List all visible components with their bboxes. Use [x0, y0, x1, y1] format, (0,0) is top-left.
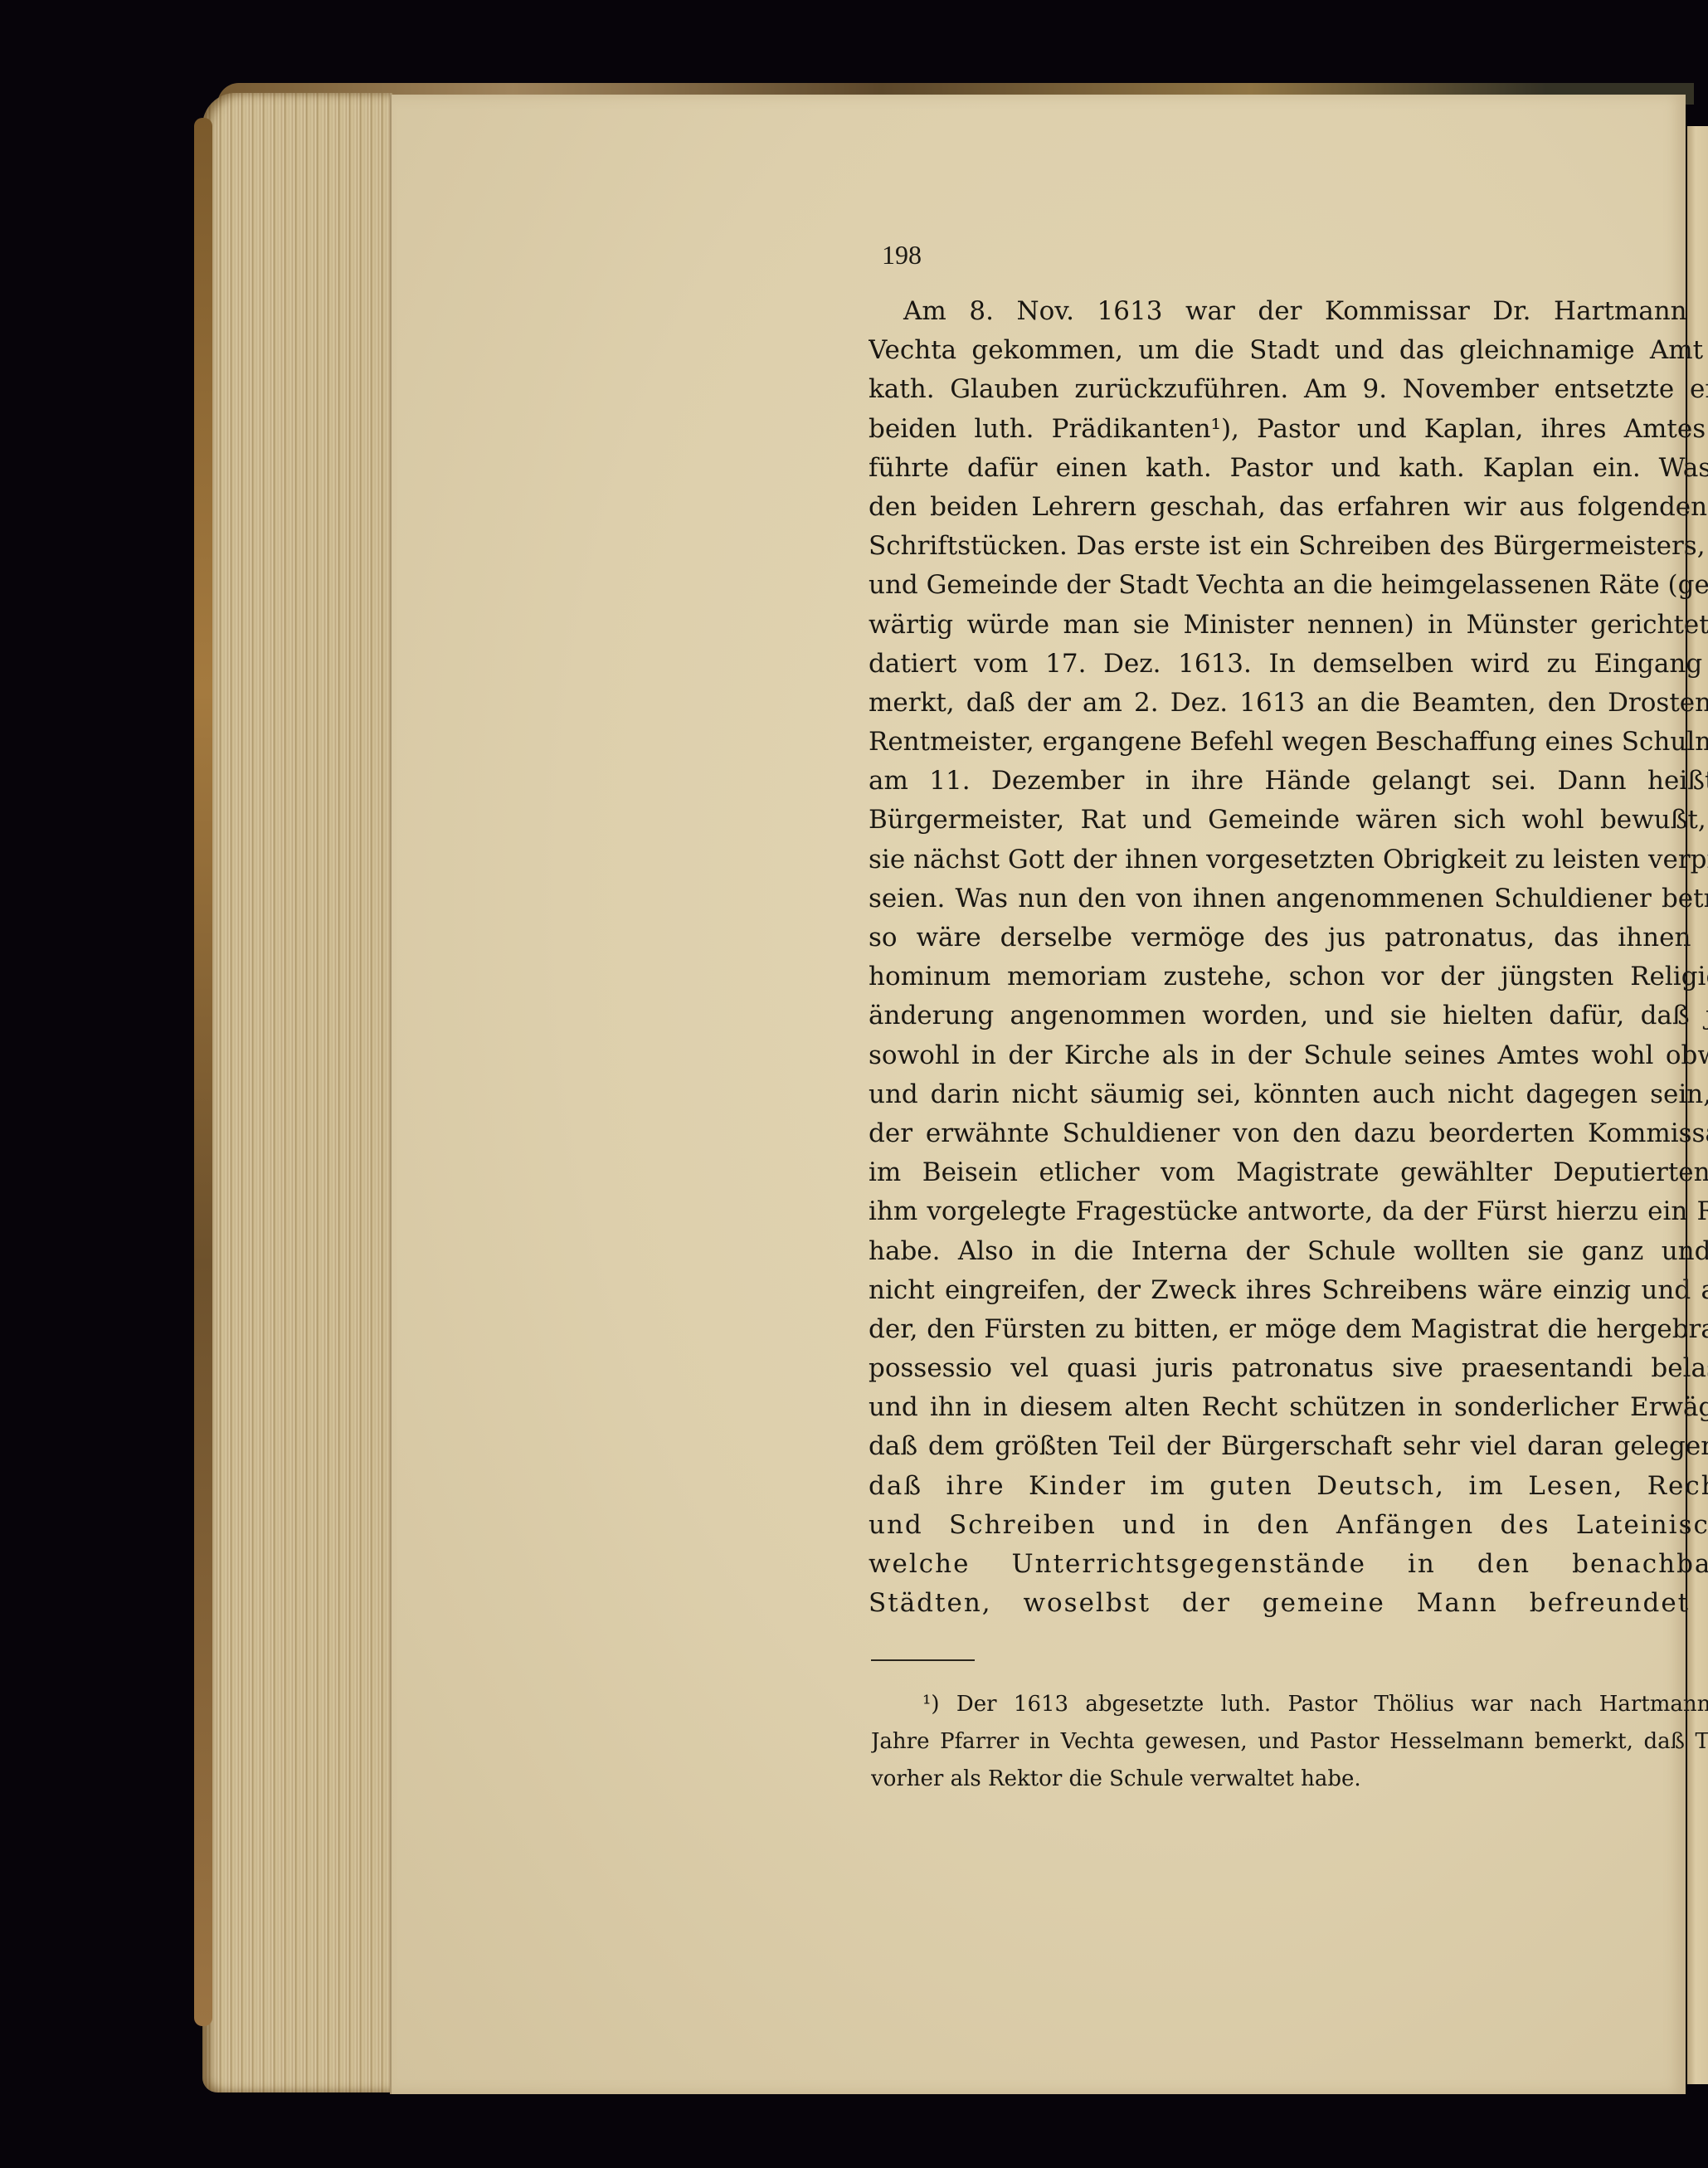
text-line: kath. Glauben zurückzuführen. Am 9. Nove…: [869, 370, 1708, 409]
text-line: Rentmeister, ergangene Befehl wegen Besc…: [869, 723, 1708, 762]
text-line: und Gemeinde der Stadt Vechta an die hei…: [869, 566, 1708, 605]
text-line: datiert vom 17. Dez. 1613. In demselben …: [869, 645, 1708, 684]
page-number: 198: [392, 240, 1686, 270]
text-line: am 11. Dezember in ihre Hände gelangt se…: [869, 762, 1708, 801]
text-line: und ihn in diesem alten Recht schützen i…: [869, 1388, 1708, 1427]
footnote-line: vorher als Rektor die Schule verwaltet h…: [871, 1761, 1708, 1798]
text-line: der erwähnte Schuldiener von den dazu be…: [869, 1114, 1708, 1153]
text-line: im Beisein etlicher vom Magistrate gewäh…: [869, 1153, 1708, 1192]
text-line-spaced: welche Unterrichtsgegenstände in den ben…: [869, 1545, 1708, 1584]
text-line: possessio vel quasi juris patronatus siv…: [869, 1349, 1708, 1388]
text-line-spaced: und Schreiben und in den Anfängen des La…: [869, 1506, 1708, 1545]
text-line-spaced: daß ihre Kinder im guten Deutsch, im Les…: [869, 1467, 1708, 1506]
text-line: Bürgermeister, Rat und Gemeinde wären si…: [869, 801, 1708, 840]
book: 198 Am 8. Nov. 1613 war der Kommissar Dr…: [192, 76, 1708, 2101]
text-line: und darin nicht säumig sei, könnten auch…: [869, 1075, 1708, 1114]
text-line: habe. Also in die Interna der Schule wol…: [869, 1232, 1708, 1271]
text-line: änderung angenommen worden, und sie hiel…: [869, 996, 1708, 1035]
text-line: hominum memoriam zustehe, schon vor der …: [869, 957, 1708, 996]
text-line: ihm vorgelegte Fragestücke antworte, da …: [869, 1192, 1708, 1231]
text-line: daß dem größten Teil der Bürgerschaft se…: [869, 1427, 1708, 1466]
text-line: so wäre derselbe vermöge des jus patrona…: [869, 918, 1708, 957]
text-line: führte dafür einen kath. Pastor und kath…: [869, 449, 1708, 488]
text-line: nicht eingreifen, der Zweck ihres Schrei…: [869, 1271, 1708, 1310]
body-text: Am 8. Nov. 1613 war der Kommissar Dr. Ha…: [869, 292, 1708, 1623]
text-line: beiden luth. Prädikanten¹), Pastor und K…: [869, 410, 1708, 449]
text-line: seien. Was nun den von ihnen angenommene…: [869, 879, 1708, 918]
page-edges-stack: [202, 93, 393, 2092]
text-line: Am 8. Nov. 1613 war der Kommissar Dr. Ha…: [869, 292, 1708, 331]
text-line: den beiden Lehrern geschah, das erfahren…: [869, 488, 1708, 527]
text-line-spaced: Städten, woselbst der gemeine Mann befre…: [869, 1584, 1708, 1623]
text-line: der, den Fürsten zu bitten, er möge dem …: [869, 1310, 1708, 1349]
text-line: sowohl in der Kirche als in der Schule s…: [869, 1036, 1708, 1075]
footnote: ¹) Der 1613 abgesetzte luth. Pastor Thöl…: [871, 1686, 1708, 1798]
text-line: Vechta gekommen, um die Stadt und das gl…: [869, 331, 1708, 370]
footnote-line: Jahre Pfarrer in Vechta gewesen, und Pas…: [871, 1723, 1708, 1761]
book-page: 198 Am 8. Nov. 1613 war der Kommissar Dr…: [392, 95, 1686, 2094]
footnote-line: ¹) Der 1613 abgesetzte luth. Pastor Thöl…: [871, 1686, 1708, 1723]
text-line: wärtig würde man sie Minister nennen) in…: [869, 606, 1708, 645]
text-line: Schriftstücken. Das erste ist ein Schrei…: [869, 527, 1708, 566]
footnote-divider: [871, 1659, 975, 1661]
text-line: sie nächst Gott der ihnen vorgesetzten O…: [869, 840, 1708, 879]
text-line: merkt, daß der am 2. Dez. 1613 an die Be…: [869, 684, 1708, 723]
